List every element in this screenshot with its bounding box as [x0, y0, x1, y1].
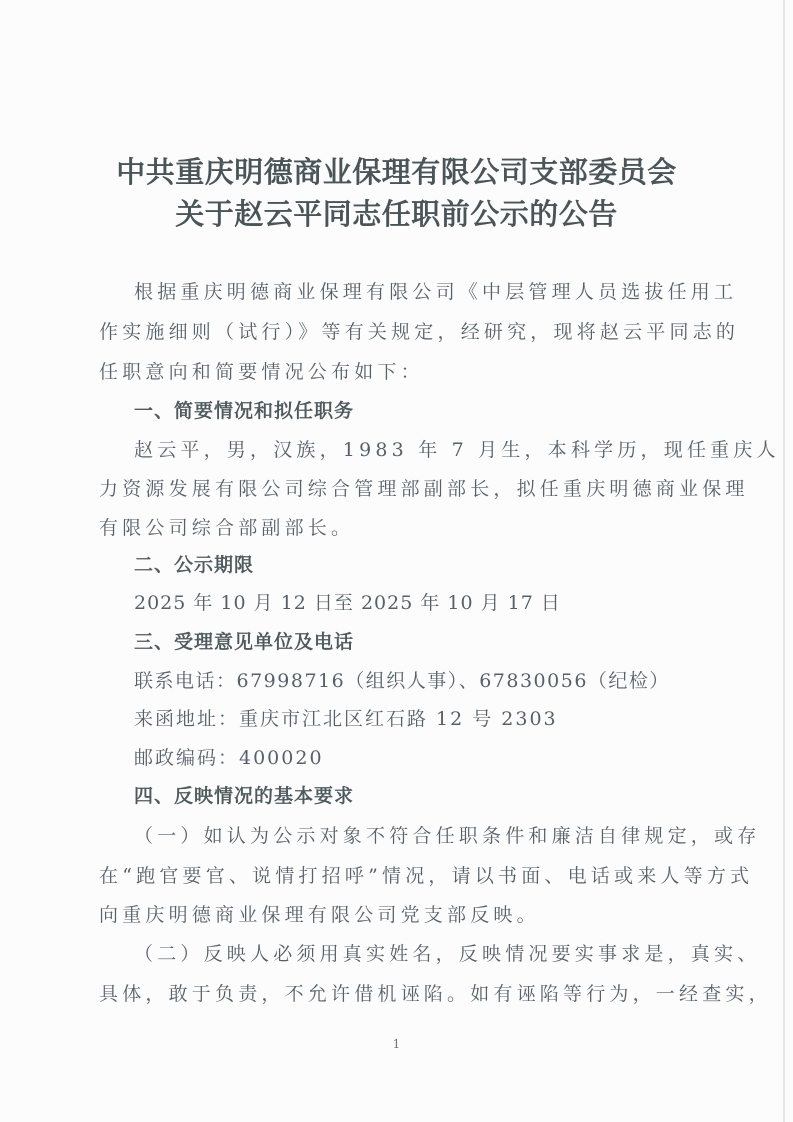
intro-line-2: 作实施细则（试行）》等有关规定，经研究，现将赵云平同志的	[99, 317, 739, 344]
section-4-item-1-line-3: 向重庆明德商业保理有限公司党支部反映。	[99, 900, 540, 927]
section-1-line-3: 有限公司综合部副部长。	[99, 513, 354, 540]
section-1-line-1: 赵云平，男，汉族，1983 年 7 月生，本科学历，现任重庆人	[134, 435, 780, 462]
contact-phone: 联系电话：67998716（组织人事）、67830056（纪检）	[134, 666, 670, 693]
intro-line-3: 任职意向和简要情况公布如下：	[99, 357, 424, 384]
document-title-line-1: 中共重庆明德商业保理有限公司支部委员会	[0, 150, 793, 191]
document-title-line-2: 关于赵云平同志任职前公示的公告	[0, 192, 793, 233]
section-4-item-1-line-2: 在“跑官要官、说情打招呼”情况，请以书面、电话或来人等方式	[99, 861, 753, 888]
section-1-heading: 一、简要情况和拟任职务	[134, 396, 354, 423]
page-number: 1	[0, 1037, 793, 1051]
section-3-heading: 三、受理意见单位及电话	[134, 627, 354, 654]
section-4-item-2-line-1: （二）反映人必须用真实姓名，反映情况要实事求是，真实、	[134, 939, 760, 966]
section-4-item-1-line-1: （一）如认为公示对象不符合任职条件和廉洁自律规定，或存	[134, 821, 760, 848]
publicity-period: 2025 年 10 月 12 日至 2025 年 10 月 17 日	[134, 588, 561, 615]
section-2-heading: 二、公示期限	[134, 550, 254, 577]
intro-line-1: 根据重庆明德商业保理有限公司《中层管理人员选拔任用工	[134, 277, 737, 304]
mailing-address: 来函地址：重庆市江北区红石路 12 号 2303	[134, 704, 558, 731]
section-4-heading: 四、反映情况的基本要求	[134, 781, 354, 808]
section-1-line-2: 力资源发展有限公司综合管理部副部长，拟任重庆明德商业保理	[99, 474, 749, 501]
section-4-item-2-line-2: 具体，敢于负责，不允许借机诬陷。如有诬陷等行为，一经查实，	[99, 979, 772, 1006]
postal-code: 邮政编码：400020	[134, 743, 324, 770]
